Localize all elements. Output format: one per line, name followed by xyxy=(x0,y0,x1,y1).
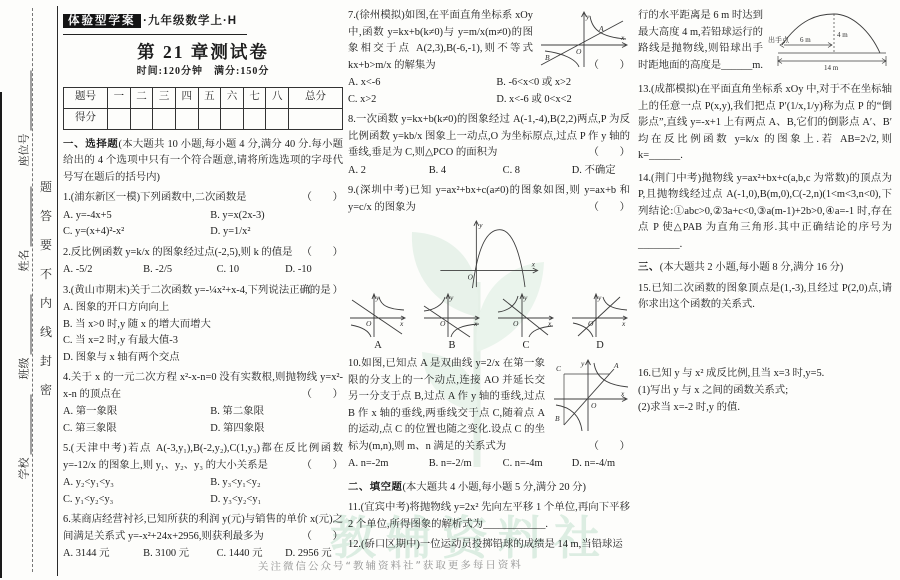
answer-brackets: （ ） xyxy=(301,458,343,475)
q12-stem-part1: 12.(硚口区期中)一位运动员投掷铅球的成绩是 14 m,当铅球运 xyxy=(348,539,623,550)
question-16: 16.已知 y 与 x² 成反比例,且当 x=3 时,y=5. (1)写出 y … xyxy=(638,366,892,417)
answer-brackets: （ ） xyxy=(301,245,343,262)
option: B. 4 xyxy=(429,163,499,180)
question-7: y x O A B 7.(徐州模拟)如图,在平面直角坐标系 xOy 中,函数 y… xyxy=(348,8,630,108)
option-label: C xyxy=(523,340,530,351)
q16-stem: 16.已知 y 与 x² 成反比例,且当 x=3 时,y=5. xyxy=(638,368,824,379)
column-2: y x O A B 7.(徐州模拟)如图,在平面直角坐标系 xOy 中,函数 y… xyxy=(348,8,630,554)
option: D. y₃<y₂<y₁ xyxy=(210,492,343,509)
q9-parabola-graph: y x O xyxy=(434,218,544,290)
section-fill-desc: (本大题共 4 小题,每小题 5 分,满分 20 分) xyxy=(402,482,586,493)
class-blank xyxy=(21,295,32,355)
footer-note: 关注微信公众号“教辅资料社”获取更多每日资料 xyxy=(258,557,523,574)
y-axis-label: y xyxy=(449,293,454,302)
score-cell xyxy=(175,108,198,129)
seal-char: 不 xyxy=(40,265,52,282)
section-fill-head: 二、填空题 xyxy=(348,482,402,493)
section-fill: 二、填空题(本大题共 4 小题,每小题 5 分,满分 20 分) xyxy=(348,480,630,497)
option-label: D xyxy=(596,340,604,351)
score-cell: 题号 xyxy=(64,87,108,108)
origin-label: O xyxy=(513,319,519,328)
q7-stem: 7.(徐州模拟)如图,在平面直角坐标系 xOy 中,函数 y=kx+b(k≠0)… xyxy=(348,10,533,71)
option: C. 8 xyxy=(503,163,568,180)
y-axis-label: y xyxy=(523,293,528,302)
school-label: 学校 xyxy=(16,458,32,480)
school-field: 学校 xyxy=(17,372,32,480)
origin-label: O xyxy=(468,273,474,281)
question-4: 4.关于 x 的一元二次方程 x²-x-n=0 没有实数根,则抛物线 y=x²-… xyxy=(63,370,343,437)
x-axis-label: x xyxy=(547,319,552,328)
x-axis-label: x xyxy=(473,319,478,328)
q9-option-graph-d: O x y D xyxy=(570,292,630,352)
q9-option-graph-c: O x y C xyxy=(496,292,556,352)
answer-brackets: （ ） xyxy=(301,387,343,404)
score-cell xyxy=(130,108,153,129)
score-cell xyxy=(266,108,289,129)
score-cell: 一 xyxy=(108,87,131,108)
q10-stem: 10.如图,已知点 A 是双曲线 y=2/x 在第一象限的分支上的一个动点,连接… xyxy=(348,358,545,452)
option: A. y₂<y₁<y₃ xyxy=(63,475,206,492)
question-12-part2: 出手点 6 m 4 m 14 m 行的水平距离是 6 m 时达到最大高度 4 m… xyxy=(638,8,892,74)
option: A. x<-6 xyxy=(348,75,492,92)
school-blank xyxy=(21,395,32,455)
question-6: 6.某商店经营衬衫,已知所获的利润 y(元)与销售的单价 x(元)之间满足关系式… xyxy=(63,512,343,563)
score-cell: 三 xyxy=(153,87,176,108)
paper-title: 第 21 章测试卷 xyxy=(63,44,343,61)
option: B. y=x(2x-3) xyxy=(210,208,343,225)
question-2: 2.反比例函数 y=k/x 的图象经过点(-2,5),则 k 的值是（ ） A.… xyxy=(63,245,343,279)
seal-char: 封 xyxy=(40,352,52,369)
seal-solid-line xyxy=(57,6,58,576)
q15-stem: 15.已知二次函数的图象顶点是(1,-3),且经过 P(2,0)点,请你求出这个… xyxy=(638,283,892,311)
section-choice-head: 一、选择题 xyxy=(63,139,119,150)
option: B. 第二象限 xyxy=(210,404,343,421)
seal-dashed-line xyxy=(32,8,33,572)
score-cell: 六 xyxy=(221,87,244,108)
q16-part1: (1)写出 y 与 x 之间的函数关系式; xyxy=(638,383,892,400)
seat-number-label: 座位号 xyxy=(16,134,32,167)
q16-part2: (2)求当 x=-2 时,y 的值. xyxy=(638,400,892,417)
seal-char: 要 xyxy=(40,236,52,253)
score-table: 题号 一 二 三 四 五 六 七 八 总分 得分 xyxy=(63,87,343,130)
question-9: 9.(深圳中考)已知 y=ax²+bx+c(a≠0)的图象如图,则 y=ax+b… xyxy=(348,183,630,352)
question-8: 8.一次函数 y=kx+b(k≠0)的图象经过 A(-1,-4),B(2,2)两… xyxy=(348,112,630,179)
question-12-part1: 12.(硚口区期中)一位运动员投掷铅球的成绩是 14 m,当铅球运 xyxy=(348,537,630,554)
q13-stem: 13.(成都模拟)在平面直角坐标系 xOy 中,对于不在坐标轴上的任意一点 P(… xyxy=(638,84,892,161)
option: C. n=-4m xyxy=(503,456,568,473)
option: B. y₃<y₁<y₂ xyxy=(210,475,343,492)
option: A. 图象的开口方向向上 xyxy=(63,300,343,317)
q14-stem: 14.(荆门中考)抛物线 y=ax²+bx+c(a,b,c 为常数)的顶点为 P… xyxy=(638,173,892,250)
option: B. -6<x<0 或 x>2 xyxy=(496,75,630,92)
score-cell xyxy=(243,108,266,129)
q3-stem: 3.(黄山市期末)关于二次函数 y=-¼x²+x-4,下列说法正确的是 xyxy=(63,285,331,296)
score-cell xyxy=(289,108,343,129)
question-3: 3.(黄山市期末)关于二次函数 y=-¼x²+x-4,下列说法正确的是（ ） A… xyxy=(63,283,343,367)
score-cell: 四 xyxy=(175,87,198,108)
seal-char: 密 xyxy=(40,381,52,398)
option: B. 3100 元 xyxy=(143,546,212,563)
answer-brackets: （ ） xyxy=(588,145,630,162)
q9-option-graph-a: O x y A xyxy=(348,292,408,352)
q9-option-graph-b: O x y B xyxy=(422,292,482,352)
y-axis-label: y xyxy=(597,293,602,302)
option: C. 当 x=2 时,y 有最大值-3 xyxy=(63,333,343,350)
x-axis-label: x xyxy=(621,319,626,328)
score-cell: 七 xyxy=(243,87,266,108)
option: C. x>2 xyxy=(348,92,492,109)
score-cell: 总分 xyxy=(289,87,343,108)
option-label: A xyxy=(374,340,382,351)
option: A. 2 xyxy=(348,163,425,180)
column-3: 出手点 6 m 4 m 14 m 行的水平距离是 6 m 时达到最大高度 4 m… xyxy=(638,8,892,416)
answer-brackets: （ ） xyxy=(301,283,343,300)
seal-char: 答 xyxy=(40,207,52,224)
option: B. 当 x>0 时,y 随 x 的增大而增大 xyxy=(63,317,343,334)
question-15: 15.已知二次函数的图象顶点是(1,-3),且经过 P(2,0)点,请你求出这个… xyxy=(638,281,892,314)
option: B. n=-2/m xyxy=(429,456,499,473)
y-axis-label: y xyxy=(478,222,483,230)
question-10: C A B O y x 10.如图,已知点 A 是双曲线 y=2/x 在第一象限… xyxy=(348,356,630,473)
seal-char: 线 xyxy=(40,323,52,340)
seat-number-blank xyxy=(21,71,32,131)
seal-char: 题 xyxy=(40,178,52,195)
score-cell: 八 xyxy=(266,87,289,108)
q2-stem: 2.反比例函数 y=k/x 的图象经过点(-2,5),则 k 的值是 xyxy=(63,247,293,258)
origin-label: O xyxy=(588,319,594,328)
option-label: B xyxy=(449,340,456,351)
score-cell xyxy=(198,108,221,129)
exam-page: 教辅资料社 座位号 姓名 班级 学校 题 答 要 不 内 线 封 密 体验型学案… xyxy=(0,0,900,580)
origin-label: O xyxy=(440,319,446,328)
option: B. -2/5 xyxy=(143,262,212,279)
question-14: 14.(荆门中考)抛物线 y=ax²+bx+c(a,b,c 为常数)的顶点为 P… xyxy=(638,171,892,254)
class-field: 班级 xyxy=(17,272,32,380)
seal-vertical-text: 题 答 要 不 内 线 封 密 xyxy=(40,178,52,398)
section-three: 三、(本大题共 2 小题,每小题 8 分,满分 16 分) xyxy=(638,260,892,277)
option: C. y₁<y₂<y₃ xyxy=(63,492,206,509)
option: D. x<-6 或 0<x<2 xyxy=(496,92,630,109)
option: C. y=(x+4)²-x² xyxy=(63,224,206,241)
score-cell xyxy=(108,108,131,129)
section-three-head: 三、 xyxy=(638,262,660,273)
q12-stem-part2: 行的水平距离是 6 m 时达到最大高度 4 m,若铅球运行的路线是抛物线,则铅球… xyxy=(638,10,763,71)
score-cell xyxy=(153,108,176,129)
q11-stem: 11.(宜宾中考)将抛物线 y=2x² 先向左平移 1 个单位,再向下平移 2 … xyxy=(348,502,630,530)
option: D. -10 xyxy=(285,262,343,279)
option: D. 图象与 x 轴有两个交点 xyxy=(63,350,343,367)
x-axis-label: x xyxy=(399,319,404,328)
question-11: 11.(宜宾中考)将抛物线 y=2x² 先向左平移 1 个单位,再向下平移 2 … xyxy=(348,500,630,533)
option: A. y=-4x+5 xyxy=(63,208,206,225)
paper-subtitle: 时间:120分钟 满分:150分 xyxy=(63,64,343,81)
score-cell xyxy=(221,108,244,129)
section-choice: 一、选择题(本大题共 10 小题,每小题 4 分,满分 40 分.每小题给出的 … xyxy=(63,137,343,187)
seat-number-field: 座位号 xyxy=(17,59,32,167)
question-5: 5.(天津中考)若点 A(-3,y₁),B(-2,y₂),C(1,y₃)都在反比… xyxy=(63,441,343,508)
scan-edge-line xyxy=(0,92,2,578)
option: A. 第一象限 xyxy=(63,404,206,421)
score-cell: 五 xyxy=(198,87,221,108)
answer-brackets: （ ） xyxy=(301,190,343,207)
header: 体验型学案 ·九年级数学上·H xyxy=(63,12,247,35)
question-1: 1.(浦东新区一模)下列函数中,二次函数是（ ） A. y=-4x+5 B. y… xyxy=(63,190,343,241)
name-field: 姓名 xyxy=(17,164,32,272)
answer-brackets: （ ） xyxy=(301,529,343,546)
score-cell: 二 xyxy=(130,87,153,108)
option: C. 第三象限 xyxy=(63,421,206,438)
option: D. n=-4/m xyxy=(572,456,630,473)
answer-brackets: （ ） xyxy=(588,58,630,75)
name-blank xyxy=(21,187,32,247)
option: D. y=1/x² xyxy=(210,224,343,241)
x-axis-label: x xyxy=(531,261,536,269)
answer-brackets: （ ） xyxy=(588,439,630,456)
score-cell: 得分 xyxy=(64,108,108,129)
option: D. 第四象限 xyxy=(210,421,343,438)
answer-brackets: （ ） xyxy=(588,200,630,217)
section-three-desc: (本大题共 2 小题,每小题 8 分,满分 16 分) xyxy=(660,262,844,273)
origin-label: O xyxy=(366,319,372,328)
option: C. 10 xyxy=(217,262,282,279)
option: D. 不确定 xyxy=(572,163,630,180)
option: A. 3144 元 xyxy=(63,546,139,563)
option: A. n=-2m xyxy=(348,456,425,473)
name-label: 姓名 xyxy=(16,250,32,272)
option: A. -5/2 xyxy=(63,262,139,279)
column-1: 体验型学案 ·九年级数学上·H 第 21 章测试卷 时间:120分钟 满分:15… xyxy=(63,8,343,563)
series-title: ·九年级数学上·H xyxy=(143,15,237,27)
y-axis-label: y xyxy=(375,293,380,302)
q1-stem: 1.(浦东新区一模)下列函数中,二次函数是 xyxy=(63,192,247,203)
question-13: 13.(成都模拟)在平面直角坐标系 xOy 中,对于不在坐标轴上的任意一点 P(… xyxy=(638,82,892,165)
series-badge: 体验型学案 xyxy=(63,14,141,28)
seal-char: 内 xyxy=(40,294,52,311)
